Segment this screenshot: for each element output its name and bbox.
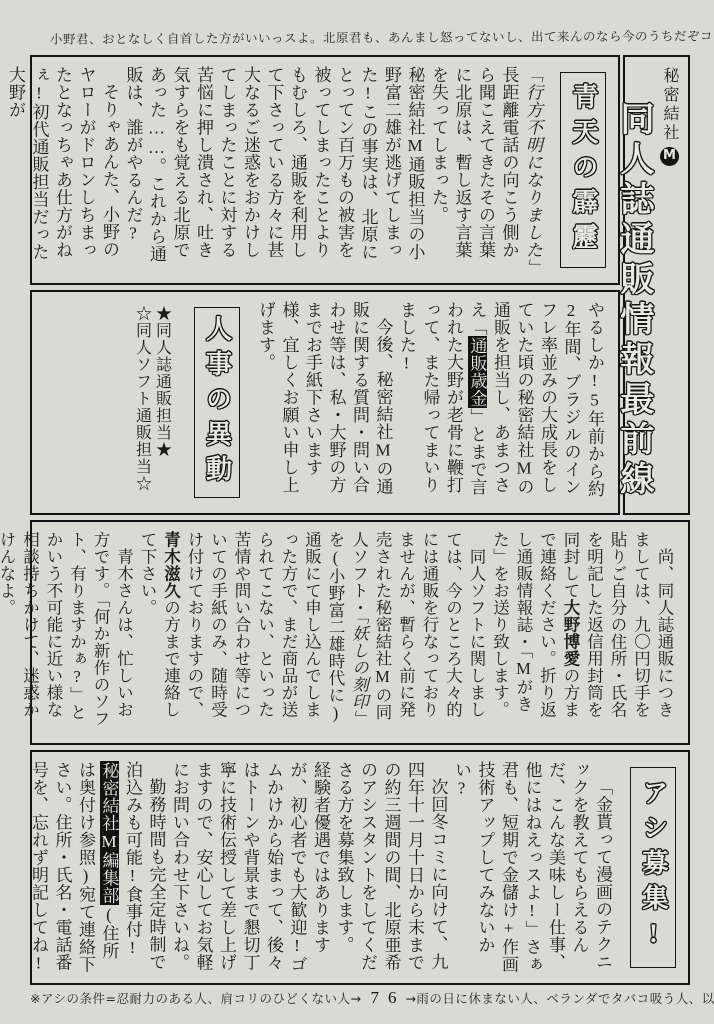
masthead-circle-name: 秘密結社M [656, 67, 682, 503]
paragraph: そりゃあんた、小野のヤローがドロンしちまったとなっちゃあ仕方がねぇ!初代通販担当… [4, 66, 122, 274]
paragraph: 尚、同人誌通販につきましては、九〇円切手を貼りご自分の住所・氏名を明記した返信用… [488, 531, 676, 734]
page-root: { "colors": { "paper": "#d8dad3", "ink":… [0, 0, 714, 1024]
section-title-personnel-change: 人事の異動 [194, 307, 240, 498]
paragraph: やるしか!5年前から約2年間、ブラジルのインフレ率並みの大成長をしていた頃の秘密… [395, 301, 607, 504]
section-personnel-change: やるしか!5年前から約2年間、ブラジルのインフレ率並みの大成長をしていた頃の秘密… [30, 290, 620, 515]
editorial-dept-highlight: 秘密結社M編集部 [100, 761, 119, 905]
paragraph-text: 長距離電話の向こう側から聞こえてきたその言葉に北原は、暫し返す言葉を失ってしまっ… [429, 66, 519, 259]
circle-name-label: 秘密結社 [661, 67, 678, 143]
section-assistant-recruitment: アシ募集! 「金貰って漫画のテクニックを教えてもらえるんだ、こんな美味しー仕事、… [30, 750, 690, 985]
paragraph-text: を(小野富二雄時代に)通販にて申し込んでしまった方で、まだ商品が送られてこない、… [185, 531, 345, 723]
phone-quote: 「行方不明になりました」 [523, 66, 542, 276]
section-title-assistant-recruitment: アシ募集! [630, 767, 676, 968]
bottom-margin: ※アシの条件=忍耐力のある人、肩コリのひどくない人→ 76 →雨の日に休まない人… [30, 988, 690, 1008]
paragraph: 経験者優遇ではありますが、初心者でも大歓迎!ゴムかけから始まって、後々はトーンや… [168, 761, 333, 974]
paragraph: 「行方不明になりました」長距離電話の向こう側から聞こえてきたその言葉に北原は、暫… [427, 66, 545, 274]
paragraph: 今後、秘密結社Mの通販に関する質問・問い合わせ等は、私・大野の方までお手紙下さい… [254, 301, 395, 504]
credit-doujinshi-mailorder: ★同人誌通販担当★ [152, 301, 172, 504]
paragraph: 次回冬コミに向けて、九四年十一月十日から末までの約三週間の間、北原亜希のアシスタ… [332, 761, 450, 974]
page-number: 76 [361, 988, 405, 1008]
contact-name-aoki: 青木滋久 [162, 531, 181, 599]
section-bolt-from-the-blue: 青天の霹靂 「行方不明になりました」長距離電話の向こう側から聞こえてきたその言葉… [30, 55, 620, 285]
highlighted-nickname: 通販歳金 [468, 336, 487, 408]
circle-m-mark-icon: M [660, 147, 679, 166]
paragraph: 勤務時間も完全定時制で泊込みも可能!食事付! [121, 761, 168, 974]
paragraph: 秘密結社M通販担当の小野富二雄が逃げてしまった!この事実は、北原にとってン百万も… [121, 66, 427, 274]
credit-soft-mailorder: ☆同人ソフト通販担当☆ [132, 301, 152, 504]
soft-title-ayashi: 「妖しの刻印」 [350, 616, 369, 727]
paragraph: 同人ソフトに関しましては、今のところ大々的には通販を行なっておりませんが、暫らく… [136, 531, 489, 734]
bottom-note-right: →雨の日に休まない人、ベランダでタバコ吸う人、以上。 [405, 989, 714, 1007]
paragraph: 秘密結社M編集部(住所は奥付け参照)宛て連絡下さい。住所・氏名・電話番号を、忘れ… [27, 761, 121, 974]
paragraph-text: やるしか!5年前から約2年間、ブラジルのインフレ率並みの大成長をしていた頃の秘密… [468, 301, 605, 498]
paragraph: 「金貰って漫画のテクニックを教えてもらえるんだ、こんな美味しー仕事、他にはねえっ… [450, 761, 615, 974]
paragraph: 青木さんは、忙しいお方です。「何か新作のソフト、有りますかぁ?」とかいう不可能に… [0, 531, 136, 734]
bottom-note-left: ※アシの条件=忍耐力のある人、肩コリのひどくない人→ [30, 989, 361, 1007]
contact-name-ohno: 大野博愛 [561, 599, 580, 667]
section-title-bolt-from-the-blue: 青天の霹靂 [560, 72, 606, 268]
paragraph-text: 同人ソフトに関しましては、今のところ大々的には通販を行なっておりませんが、暫らく… [350, 531, 487, 721]
section-mailorder-info: 尚、同人誌通販につきましては、九〇円切手を貼りご自分の住所・氏名を明記した返信用… [30, 520, 690, 745]
masthead: 秘密結社M 同人誌通販情報最前線 [623, 55, 690, 515]
top-margin-note: 小野君、おとなしく自首した方がいいっスよ。北原君も、あんまし怒ってないし、出て来… [50, 26, 690, 47]
